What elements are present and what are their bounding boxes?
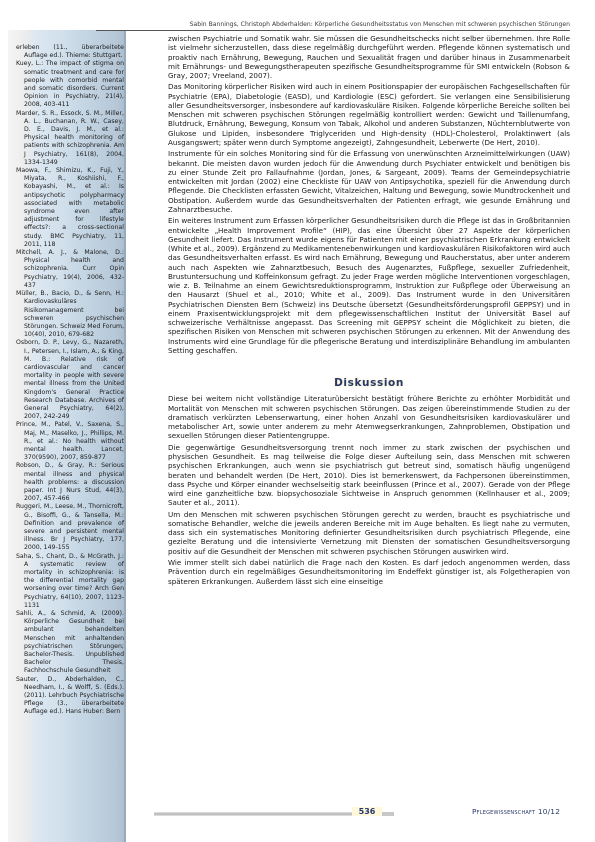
running-head: Sabin Bannings, Christoph Abderhalden: K… xyxy=(96,21,570,31)
footer-rule xyxy=(154,812,352,816)
body-paragraph: Die gegenwärtige Gesundheitsversorgung t… xyxy=(168,443,570,508)
body-paragraph: Das Monitoring körperlicher Risiken wird… xyxy=(168,82,570,147)
sidebar-edge-divider xyxy=(124,30,126,842)
reference-item: Sauter, D., Abderhalden, C., Needham, I.… xyxy=(16,676,124,717)
reference-item: erleben (11., überarbeitete Auflage ed.)… xyxy=(16,44,124,60)
page-number: 536 xyxy=(352,807,382,816)
reference-item: Kuey, L.: The impact of stigma on somati… xyxy=(16,60,124,109)
reference-item: Saha, S., Chant, D., & McGrath, J.: A sy… xyxy=(16,553,124,610)
footer-rule-short xyxy=(382,812,394,816)
reference-item: Maowa, F., Shimizu, K., Fuji, Y., Miyata… xyxy=(16,167,124,249)
journal-name: Pflegewissenschaft 10/12 xyxy=(472,807,560,816)
reference-item: Müller, B., Bacio, D., & Senn, H.: Kardi… xyxy=(16,290,124,339)
reference-item: Ruggeri, M., Leese, M., Thornicroft, G.,… xyxy=(16,503,124,552)
reference-item: Sahli, A., & Schmid, A. (2009). Körperli… xyxy=(16,610,124,676)
body-paragraph: zwischen Psychiatrie und Somatik wahr. S… xyxy=(168,34,570,80)
body-paragraph: Ein weiteres Instrument zum Erfassen kör… xyxy=(168,216,570,355)
section-heading-diskussion: Diskussion xyxy=(168,379,570,388)
body-paragraph: Diese bei weitem nicht vollständige Lite… xyxy=(168,394,570,440)
reference-item: Mitchell, A. J., & Malone, D.: Physical … xyxy=(16,249,124,290)
body-paragraph: Wie immer stellt sich dabei natürlich di… xyxy=(168,558,570,586)
body-paragraph: Um den Menschen mit schweren psychischen… xyxy=(168,510,570,556)
reference-item: Marder, S. R., Essock, S. M., Miller, A.… xyxy=(16,110,124,167)
reference-item: Robson, D., & Gray, R.: Serious mental i… xyxy=(16,462,124,503)
body-paragraph: Instrumente für ein solches Monitoring s… xyxy=(168,149,570,214)
main-body-column: zwischen Psychiatrie und Somatik wahr. S… xyxy=(168,34,570,588)
reference-item: Osborn, D. P., Levy, G., Nazareth, I., P… xyxy=(16,339,124,421)
reference-item: Prince, M., Patel, V., Saxena, S., Maj, … xyxy=(16,421,124,462)
reference-list: erleben (11., überarbeitete Auflage ed.)… xyxy=(16,44,124,717)
